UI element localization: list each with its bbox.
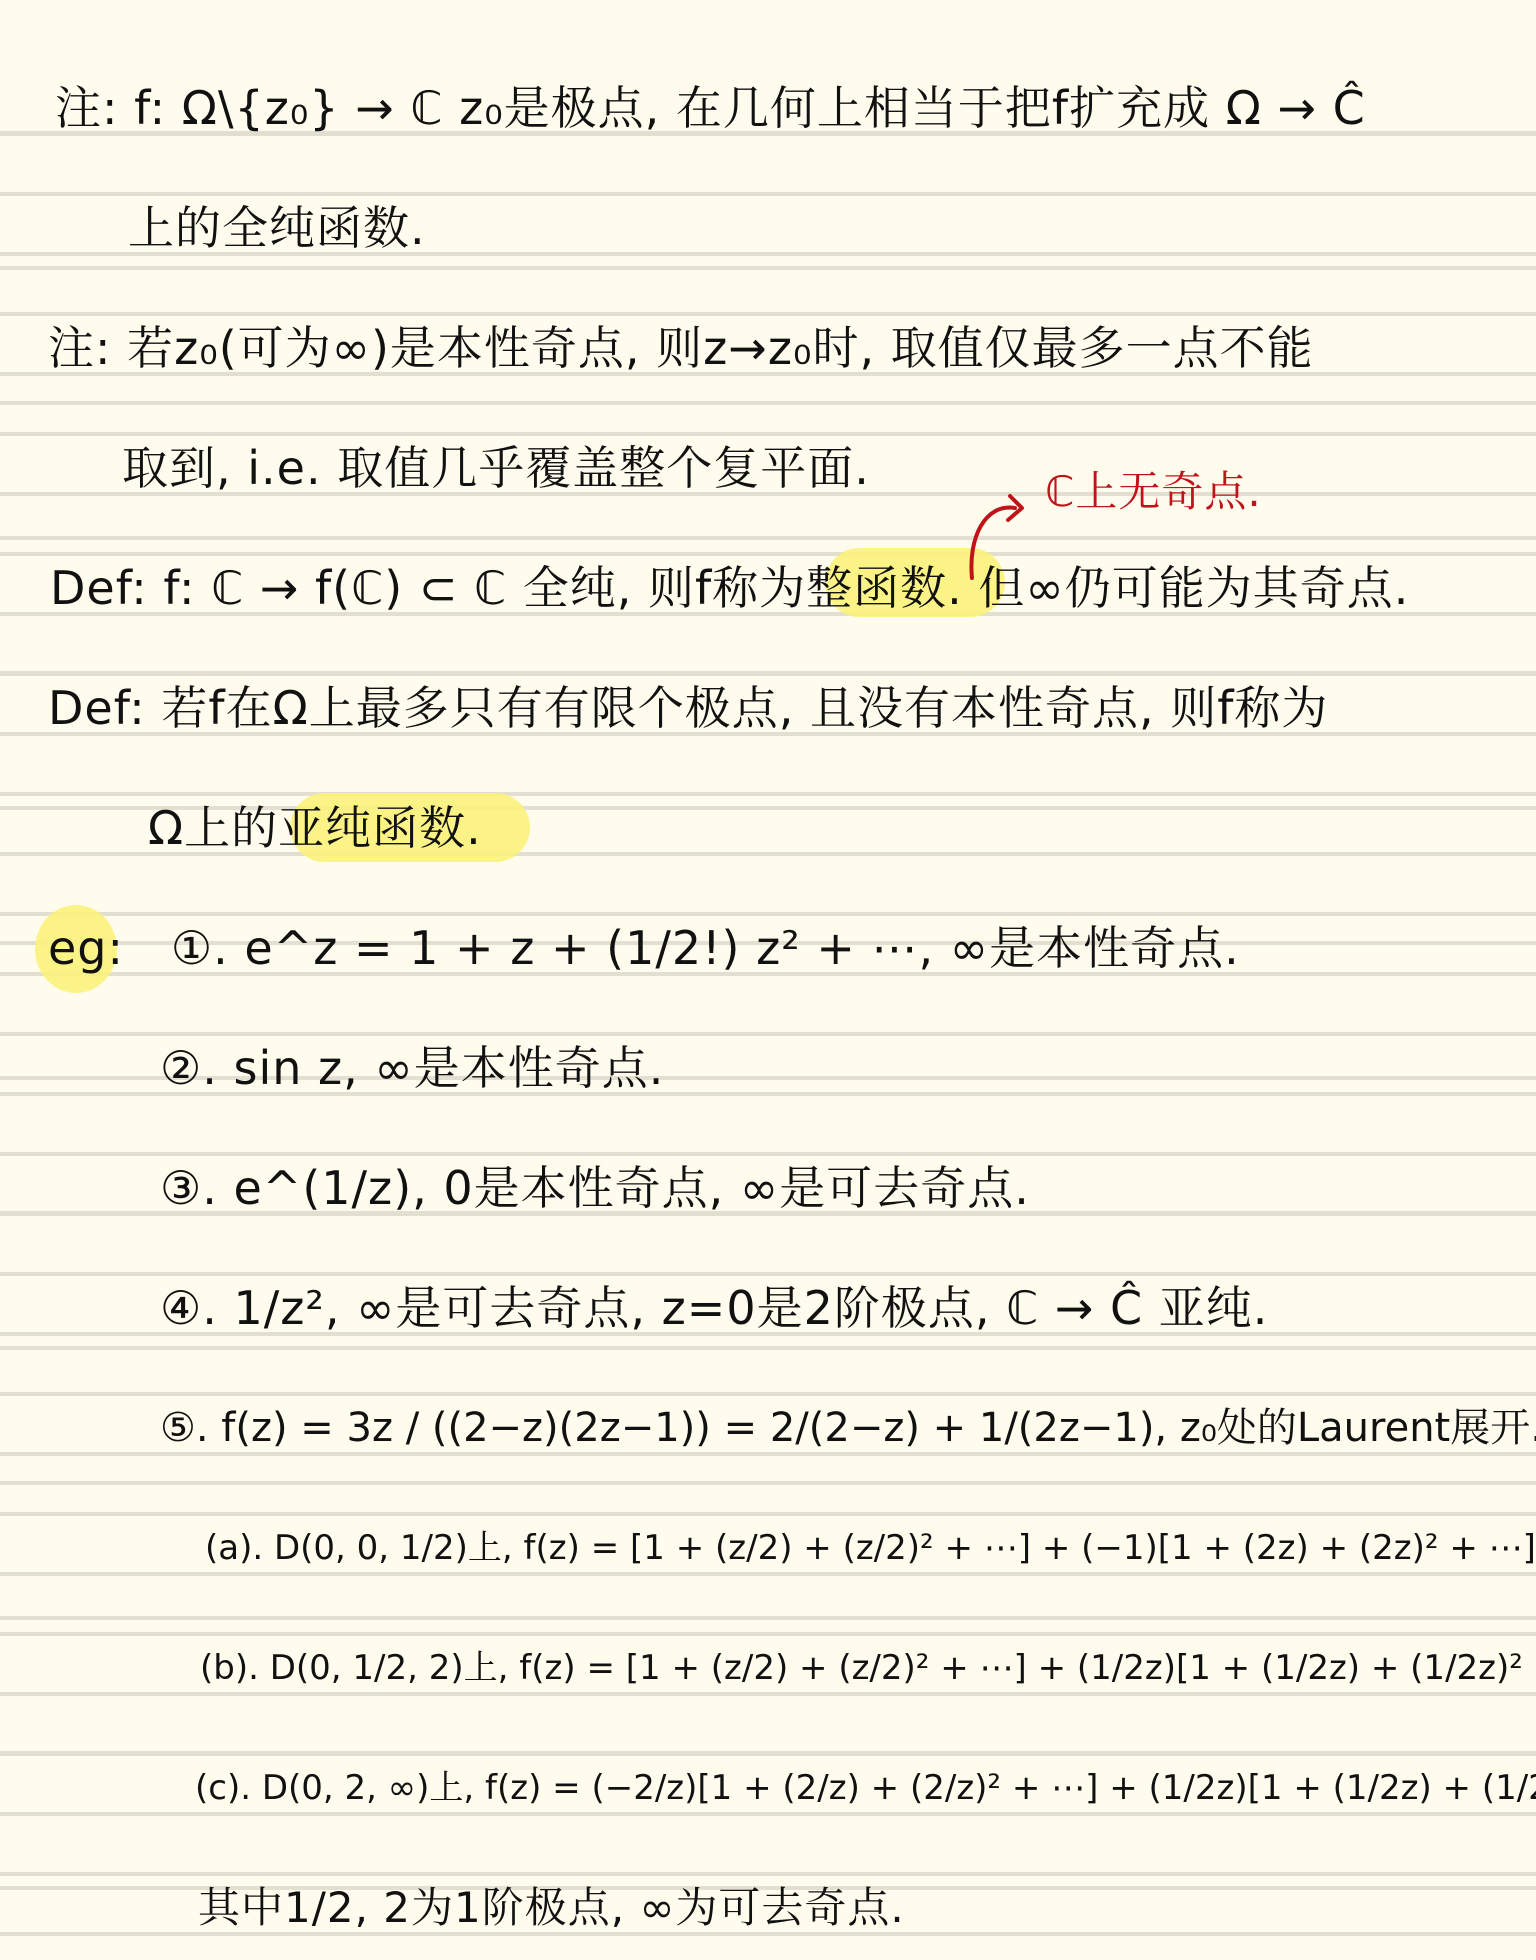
example-1-expr: e^z = 1 + z + (1/2!) z² + ⋯ bbox=[244, 921, 918, 975]
example-5-expr: f(z) = 3z / ((2−z)(2z−1)) = 2/(2−z) + 1/… bbox=[221, 1405, 1154, 1451]
example-4: ④. 1/z², ∞是可去奇点, z=0是2阶极点, ℂ → Ĉ 亚纯. bbox=[160, 1278, 1268, 1338]
note-1-continuation: 上的全纯函数. bbox=[128, 201, 426, 255]
note-1-label: 注: bbox=[55, 81, 119, 135]
example-2: ②. sin z, ∞是本性奇点. bbox=[160, 1038, 664, 1098]
laurent-region-a: (a). D(0, 0, 1/2)上, f(z) = [1 + (z/2) + … bbox=[205, 1518, 1536, 1578]
ruled-line bbox=[0, 912, 1536, 916]
ruled-line bbox=[0, 1152, 1536, 1156]
example-4-comment: , ∞是可去奇点, z=0是2阶极点, ℂ → Ĉ 亚纯. bbox=[325, 1281, 1269, 1335]
conclusion-text: 其中1/2, 2为1阶极点, ∞为可去奇点. bbox=[198, 1883, 905, 1932]
example-5: ⑤. f(z) = 3z / ((2−z)(2z−1)) = 2/(2−z) +… bbox=[160, 1398, 1536, 1458]
example-2-num: ②. bbox=[160, 1041, 218, 1095]
definition-2-before: Ω上的 bbox=[148, 801, 278, 855]
example-5-num: ⑤. bbox=[160, 1405, 209, 1451]
term-entire-function: 整函数 bbox=[806, 561, 947, 615]
note-2-line-1: 注: 若z₀(可为∞)是本性奇点, 则z→z₀时, 取值仅最多一点不能 bbox=[48, 318, 1314, 378]
ruled-line bbox=[0, 1512, 1536, 1516]
example-2-expr: sin z bbox=[234, 1041, 344, 1095]
note-1-line-2: 上的全纯函数. bbox=[128, 198, 426, 258]
ruled-line bbox=[0, 552, 1536, 556]
example-3-expr: e^(1/z) bbox=[234, 1161, 413, 1215]
region-c-domain: D(0, 2, ∞)上 bbox=[262, 1768, 464, 1808]
example-conclusion: 其中1/2, 2为1阶极点, ∞为可去奇点. bbox=[198, 1878, 905, 1938]
ruled-line bbox=[0, 672, 1536, 676]
definition-2-after: . bbox=[466, 801, 482, 855]
example-3-num: ③. bbox=[160, 1161, 218, 1215]
example-2-comment: , ∞是本性奇点. bbox=[343, 1041, 664, 1095]
ruled-line bbox=[0, 1752, 1536, 1756]
note-2-text: 若z₀(可为∞)是本性奇点, 则z→z₀时, 取值仅最多一点不能 bbox=[127, 321, 1314, 375]
region-a-domain: D(0, 0, 1/2)上 bbox=[274, 1528, 502, 1568]
region-b-expr: f(z) = [1 + (z/2) + (z/2)² + ⋯] + (1/2z)… bbox=[519, 1648, 1536, 1688]
ruled-line bbox=[0, 1272, 1536, 1276]
ruled-line bbox=[0, 1872, 1536, 1876]
ruled-line bbox=[0, 432, 1536, 436]
ruled-line bbox=[0, 792, 1536, 796]
definition-2-text: 若f在Ω上最多只有有限个极点, 且没有本性奇点, 则f称为 bbox=[161, 681, 1328, 735]
examples-colon: : bbox=[108, 921, 125, 975]
example-3: ③. e^(1/z), 0是本性奇点, ∞是可去奇点. bbox=[160, 1158, 1030, 1218]
example-4-expr: 1/z² bbox=[234, 1281, 325, 1335]
definition-2-label: Def: bbox=[48, 681, 146, 735]
region-c-label: (c). bbox=[195, 1768, 251, 1808]
curved-arrow-icon bbox=[960, 478, 1080, 588]
region-a-label: (a). bbox=[205, 1528, 263, 1568]
note-2-continuation: 取到, i.e. 取值几乎覆盖整个复平面. bbox=[122, 441, 870, 495]
region-c-expr: f(z) = (−2/z)[1 + (2/z) + (2/z)² + ⋯] + … bbox=[485, 1768, 1536, 1808]
definition-1: Def: f: ℂ → f(ℂ) ⊂ ℂ 全纯, 则f称为整函数. 但∞仍可能为… bbox=[50, 558, 1409, 618]
note-1-line-1: 注: f: Ω\{z₀} → ℂ z₀是极点, 在几何上相当于把f扩充成 Ω →… bbox=[55, 78, 1366, 138]
definition-1-label: Def: bbox=[50, 561, 148, 615]
example-1-comment: , ∞是本性奇点. bbox=[919, 921, 1240, 975]
definition-2-line-2: Ω上的亚纯函数. bbox=[148, 798, 482, 858]
ruled-line bbox=[0, 192, 1536, 196]
note-2-line-2: 取到, i.e. 取值几乎覆盖整个复平面. bbox=[122, 438, 870, 498]
ruled-line bbox=[0, 1032, 1536, 1036]
ruled-line bbox=[0, 1632, 1536, 1636]
example-4-num: ④. bbox=[160, 1281, 218, 1335]
ruled-line bbox=[0, 1392, 1536, 1396]
term-meromorphic-function: 亚纯函数 bbox=[278, 801, 466, 855]
region-a-expr: f(z) = [1 + (z/2) + (z/2)² + ⋯] + (−1)[1… bbox=[524, 1528, 1536, 1568]
ruled-line bbox=[0, 312, 1536, 316]
example-1-num: ①. bbox=[171, 921, 229, 975]
notebook-page: 注: f: Ω\{z₀} → ℂ z₀是极点, 在几何上相当于把f扩充成 Ω →… bbox=[0, 0, 1536, 1960]
example-5-comment: , z₀处的Laurent展开. bbox=[1154, 1405, 1536, 1451]
example-1: eg: ①. e^z = 1 + z + (1/2!) z² + ⋯, ∞是本性… bbox=[48, 918, 1240, 978]
region-b-label: (b). bbox=[200, 1648, 259, 1688]
laurent-region-c: (c). D(0, 2, ∞)上, f(z) = (−2/z)[1 + (2/z… bbox=[195, 1758, 1536, 1818]
definition-2-line-1: Def: 若f在Ω上最多只有有限个极点, 且没有本性奇点, 则f称为 bbox=[48, 678, 1328, 738]
example-3-comment: , 0是本性奇点, ∞是可去奇点. bbox=[412, 1161, 1030, 1215]
note-1-text: f: Ω\{z₀} → ℂ z₀是极点, 在几何上相当于把f扩充成 Ω → Ĉ bbox=[134, 81, 1366, 135]
examples-label: eg bbox=[48, 921, 108, 975]
definition-1-before: f: ℂ → f(ℂ) ⊂ ℂ 全纯, 则f称为 bbox=[163, 561, 806, 615]
laurent-region-b: (b). D(0, 1/2, 2)上, f(z) = [1 + (z/2) + … bbox=[200, 1638, 1536, 1698]
region-b-domain: D(0, 1/2, 2)上 bbox=[270, 1648, 498, 1688]
note-2-label: 注: bbox=[48, 321, 112, 375]
